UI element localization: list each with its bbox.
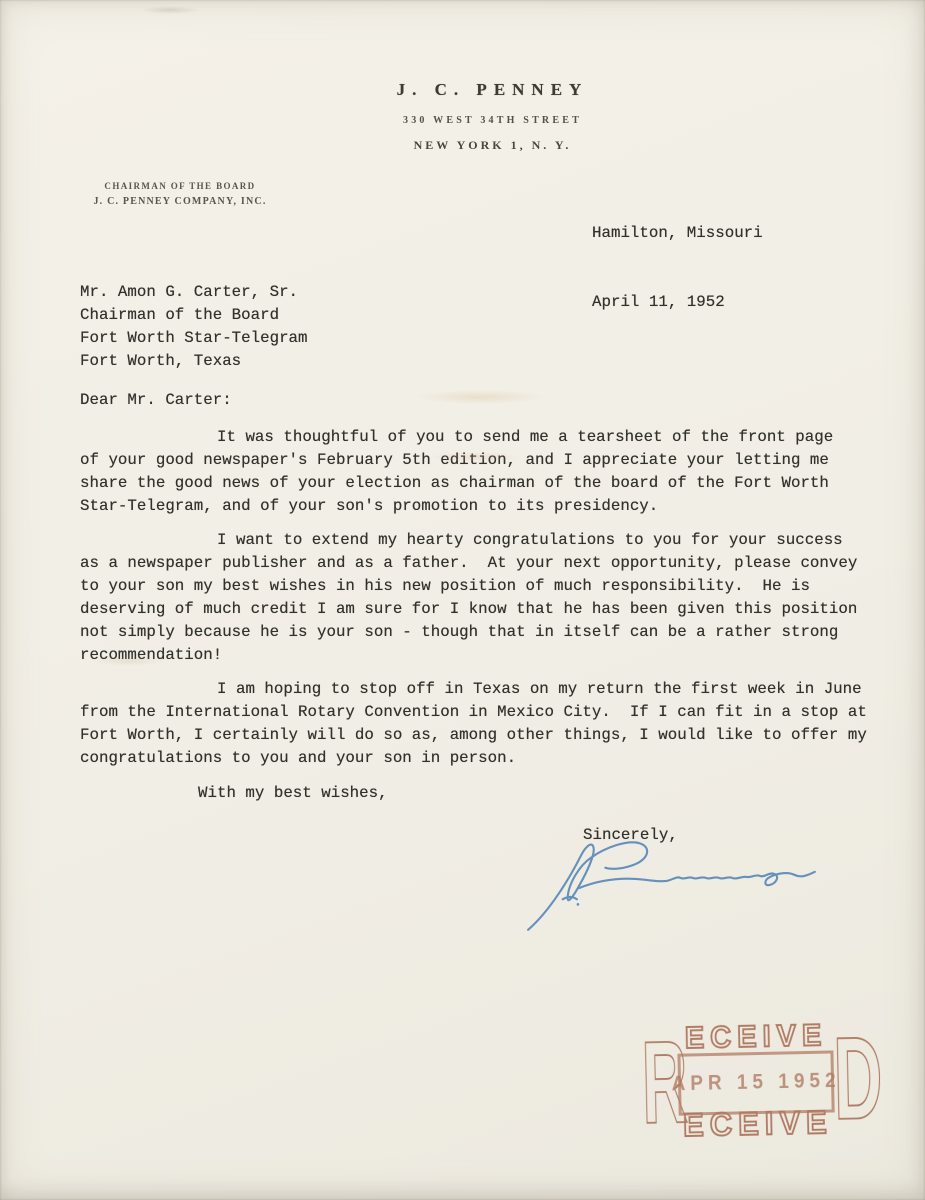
text-line: Star-Telegram, and of your son's promoti… (80, 495, 870, 518)
text-line: Fort Worth, Texas (80, 350, 308, 373)
text-line: I want to extend my hearty congratulatio… (80, 529, 870, 552)
scan-smudge (415, 390, 545, 404)
text-line: I am hoping to stop off in Texas on my r… (80, 678, 870, 701)
paragraph-3: I am hoping to stop off in Texas on my r… (80, 678, 870, 770)
text-line: congratulations to you and your son in p… (80, 747, 870, 770)
text-line: deserving of much credit I am sure for I… (80, 598, 870, 621)
scan-smudge (140, 6, 200, 14)
letterhead-city: NEW YORK 1, N. Y. (60, 138, 925, 153)
dateline: Hamilton, Missouri April 11, 1952 (592, 176, 763, 360)
text-line: to your son my best wishes in his new po… (80, 575, 870, 598)
text-line: share the good news of your election as … (80, 472, 870, 495)
stamp-date: APR 15 1952 (671, 1069, 841, 1097)
text-line: from the International Rotary Convention… (80, 701, 870, 724)
letterhead: J. C. PENNEY 330 WEST 34TH STREET NEW YO… (60, 80, 925, 153)
letter-page: J. C. PENNEY 330 WEST 34TH STREET NEW YO… (0, 0, 925, 1200)
sender-title-line1: CHAIRMAN OF THE BOARD (55, 181, 305, 191)
letterhead-street: 330 WEST 34TH STREET (60, 115, 925, 126)
text-line: Chairman of the Board (80, 304, 308, 327)
paragraph-1: It was thoughtful of you to send me a te… (80, 426, 870, 518)
sender-title-block: CHAIRMAN OF THE BOARD J. C. PENNEY COMPA… (55, 181, 305, 207)
text-line: Fort Worth Star-Telegram (80, 327, 308, 350)
salutation: Dear Mr. Carter: (80, 389, 232, 412)
jc-penney-signature-icon (522, 831, 827, 933)
text-line: of your good newspaper's February 5th ed… (80, 449, 870, 472)
letterhead-name: J. C. PENNEY (60, 80, 925, 100)
received-stamp: R ECEIVE APR 15 1952 ECEIVE D (647, 1020, 873, 1141)
text-line: recommendation! (80, 644, 870, 667)
dateline-place: Hamilton, Missouri (592, 222, 763, 245)
stamp-letter-d: D (832, 1032, 883, 1123)
closing-line: With my best wishes, (198, 782, 388, 805)
letter-body: It was thoughtful of you to send me a te… (80, 426, 870, 781)
stamp-word-bottom: ECEIVE (683, 1104, 834, 1145)
paragraph-2: I want to extend my hearty congratulatio… (80, 529, 870, 667)
text-line: Mr. Amon G. Carter, Sr. (80, 281, 308, 304)
recipient-address: Mr. Amon G. Carter, Sr.Chairman of the B… (80, 281, 308, 373)
sender-title-line2: J. C. PENNEY COMPANY, INC. (55, 196, 305, 207)
text-line: not simply because he is your son - thou… (80, 621, 870, 644)
text-line: as a newspaper publisher and as a father… (80, 552, 870, 575)
dateline-date: April 11, 1952 (592, 291, 763, 314)
text-line: Fort Worth, I certainly will do so as, a… (80, 724, 870, 747)
text-line: It was thoughtful of you to send me a te… (80, 426, 870, 449)
